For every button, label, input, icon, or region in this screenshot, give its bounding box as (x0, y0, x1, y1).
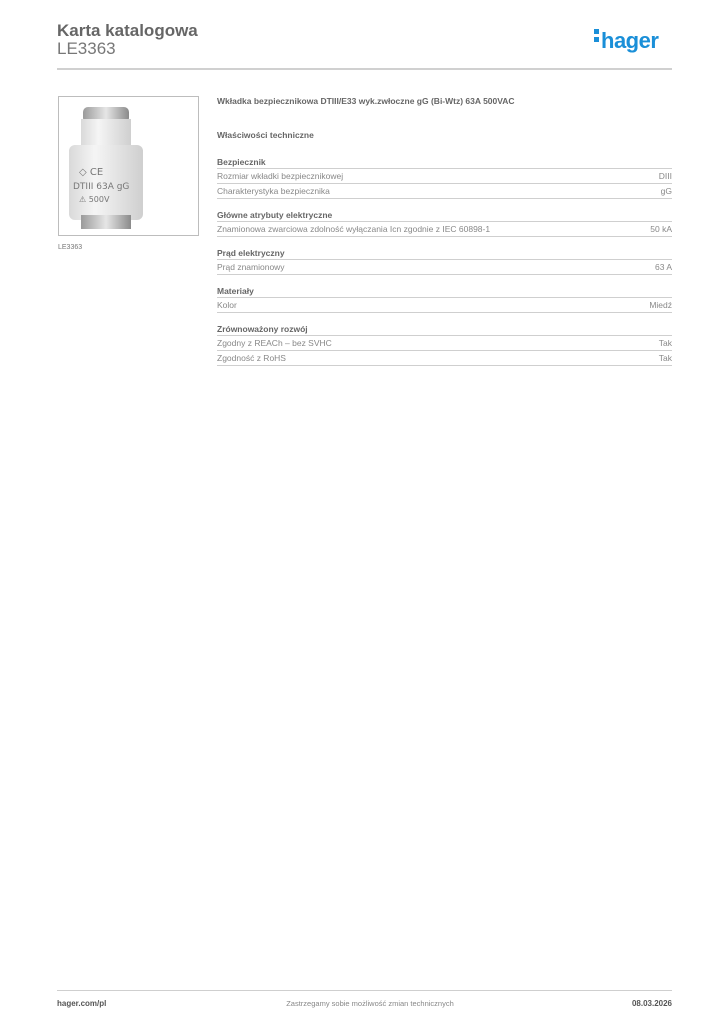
group-title: Zrównoważony rozwój (217, 323, 672, 336)
group-title: Materiały (217, 285, 672, 298)
svg-text:⚠ 500V: ⚠ 500V (79, 195, 110, 204)
spec-row: Zgodny z REACh – bez SVHC Tak (217, 336, 672, 351)
spec-group-sustainability: Zrównoważony rozwój Zgodny z REACh – bez… (217, 323, 672, 366)
spec-group-current: Prąd elektryczny Prąd znamionowy 63 A (217, 247, 672, 275)
product-code: LE3363 (57, 39, 116, 59)
spec-row: Kolor Miedź (217, 298, 672, 313)
svg-text:DTIII 63A gG: DTIII 63A gG (73, 182, 129, 192)
spec-value: DIII (659, 169, 672, 183)
group-title: Bezpiecznik (217, 156, 672, 169)
spec-value: gG (661, 184, 672, 198)
footer-divider (57, 990, 672, 991)
group-title: Główne atrybuty elektryczne (217, 209, 672, 222)
spec-label: Charakterystyka bezpiecznika (217, 184, 330, 198)
spec-label: Znamionowa zwarciowa zdolność wyłączania… (217, 222, 490, 236)
spec-value: 63 A (655, 260, 672, 274)
spec-value: Tak (659, 336, 672, 350)
spec-label: Zgodny z REACh – bez SVHC (217, 336, 332, 350)
spec-label: Rozmiar wkładki bezpiecznikowej (217, 169, 343, 183)
spec-value: 50 kA (650, 222, 672, 236)
header-divider (57, 68, 672, 70)
logo-text: hager (601, 28, 658, 53)
spec-group-fuse: Bezpiecznik Rozmiar wkładki bezpieczniko… (217, 156, 672, 199)
spec-label: Zgodność z RoHS (217, 351, 286, 365)
logo-dots-icon (594, 29, 599, 45)
spec-groups: Bezpiecznik Rozmiar wkładki bezpieczniko… (217, 156, 672, 376)
product-image: ◇ CE DTIII 63A gG ⚠ 500V (58, 96, 199, 236)
spec-group-materials: Materiały Kolor Miedź (217, 285, 672, 313)
section-heading: Właściwości techniczne (217, 130, 314, 140)
spec-value: Miedź (649, 298, 672, 312)
spec-row: Znamionowa zwarciowa zdolność wyłączania… (217, 222, 672, 237)
image-caption: LE3363 (58, 244, 82, 251)
spec-label: Kolor (217, 298, 237, 312)
spec-row: Zgodność z RoHS Tak (217, 351, 672, 366)
fuse-cartridge-icon: ◇ CE DTIII 63A gG ⚠ 500V (59, 97, 198, 235)
spec-row: Rozmiar wkładki bezpiecznikowej DIII (217, 169, 672, 184)
footer-notice: Zastrzegamy sobie możliwość zmian techni… (0, 999, 724, 1008)
spec-row: Prąd znamionowy 63 A (217, 260, 672, 275)
group-title: Prąd elektryczny (217, 247, 672, 260)
svg-text:◇ CE: ◇ CE (79, 167, 103, 178)
spec-row: Charakterystyka bezpiecznika gG (217, 184, 672, 199)
hager-logo: hager (594, 28, 658, 54)
document-title: Karta katalogowa (57, 21, 198, 41)
spec-value: Tak (659, 351, 672, 365)
spec-label: Prąd znamionowy (217, 260, 285, 274)
footer-date: 08.03.2026 (632, 999, 672, 1008)
spec-group-electrical: Główne atrybuty elektryczne Znamionowa z… (217, 209, 672, 237)
product-title: Wkładka bezpiecznikowa DTIII/E33 wyk.zwł… (217, 96, 515, 106)
